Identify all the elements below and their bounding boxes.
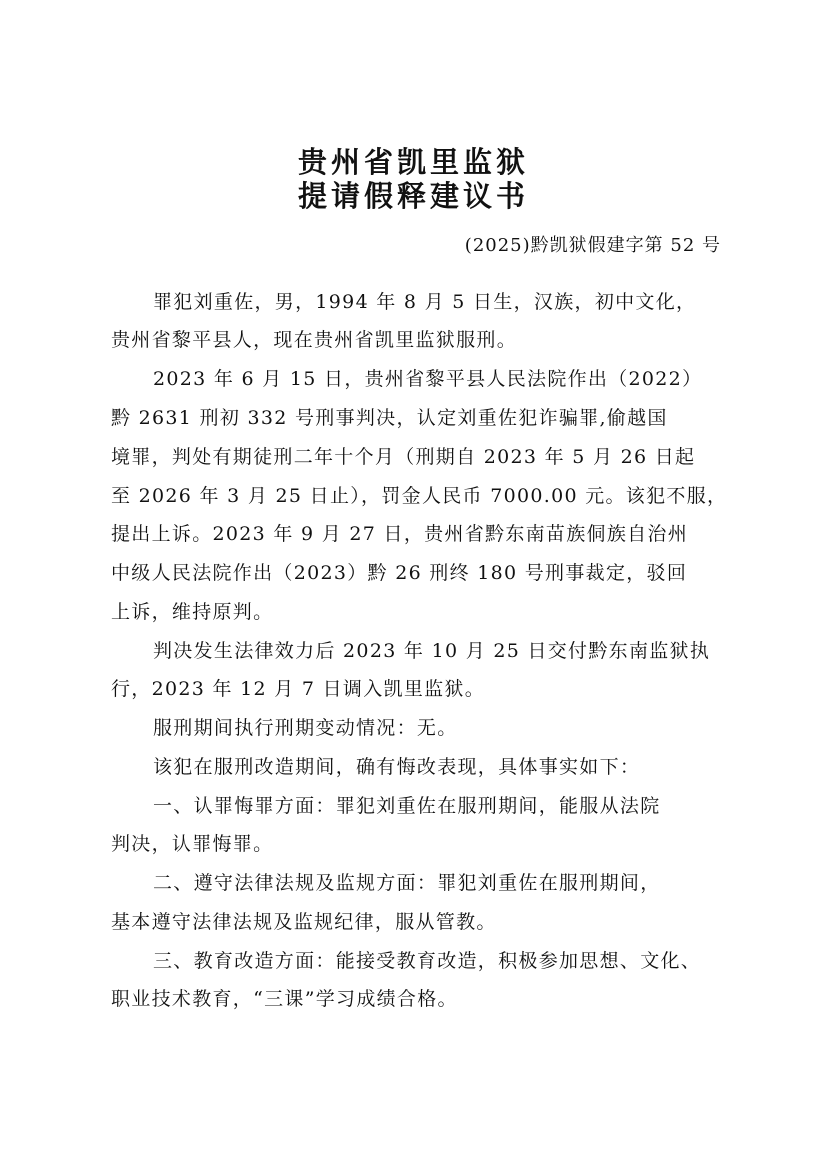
- body-line: 黔 2631 刑初 332 号刑事判决，认定刘重佐犯诈骗罪,偷越国: [111, 406, 668, 430]
- body-line: 2023 年 6 月 15 日，贵州省黎平县人民法院作出（2022）: [153, 367, 702, 391]
- body-line: 该犯在服刑改造期间，确有悔改表现，具体事实如下：: [153, 755, 640, 779]
- title-line-2: 提请假释建议书: [0, 179, 827, 213]
- body-line: 提出上诉。2023 年 9 月 27 日，贵州省黔东南苗族侗族自治州: [111, 522, 688, 546]
- body-line: 境罪，判处有期徒刑二年十个月（刑期自 2023 年 5 月 26 日起: [111, 445, 695, 469]
- body-line: 判决，认罪悔罪。: [111, 832, 273, 856]
- body-line: 行，2023 年 12 月 7 日调入凯里监狱。: [111, 677, 485, 701]
- body-line: 二、遵守法律法规及监规方面：罪犯刘重佐在服刑期间，: [153, 871, 661, 895]
- body-line: 至 2026 年 3 月 25 日止），罚金人民币 7000.00 元。该犯不服…: [111, 484, 727, 508]
- body-line: 中级人民法院作出（2023）黔 26 刑终 180 号刑事裁定，驳回: [111, 561, 687, 585]
- body-line: 贵州省黎平县人，现在贵州省凯里监狱服刑。: [111, 328, 517, 352]
- body-line: 罪犯刘重佐，男，1994 年 8 月 5 日生，汉族，初中文化，: [153, 290, 696, 314]
- body-line: 职业技术教育，“三课”学习成绩合格。: [111, 987, 458, 1011]
- document-number: (2025)黔凯狱假建字第 52 号: [465, 231, 721, 257]
- title-line-1: 贵州省凯里监狱: [0, 145, 827, 179]
- body-line: 判决发生法律效力后 2023 年 10 月 25 日交付黔东南监狱执: [153, 639, 710, 663]
- body-line: 基本遵守法律法规及监规纪律，服从管教。: [111, 910, 497, 934]
- body-line: 服刑期间执行刑期变动情况：无。: [153, 716, 458, 740]
- body-line: 三、教育改造方面：能接受教育改造，积极参加思想、文化、: [153, 949, 701, 973]
- body-line: 一、认罪悔罪方面：罪犯刘重佐在服刑期间，能服从法院: [153, 794, 661, 818]
- body-line: 上诉，维持原判。: [111, 600, 273, 624]
